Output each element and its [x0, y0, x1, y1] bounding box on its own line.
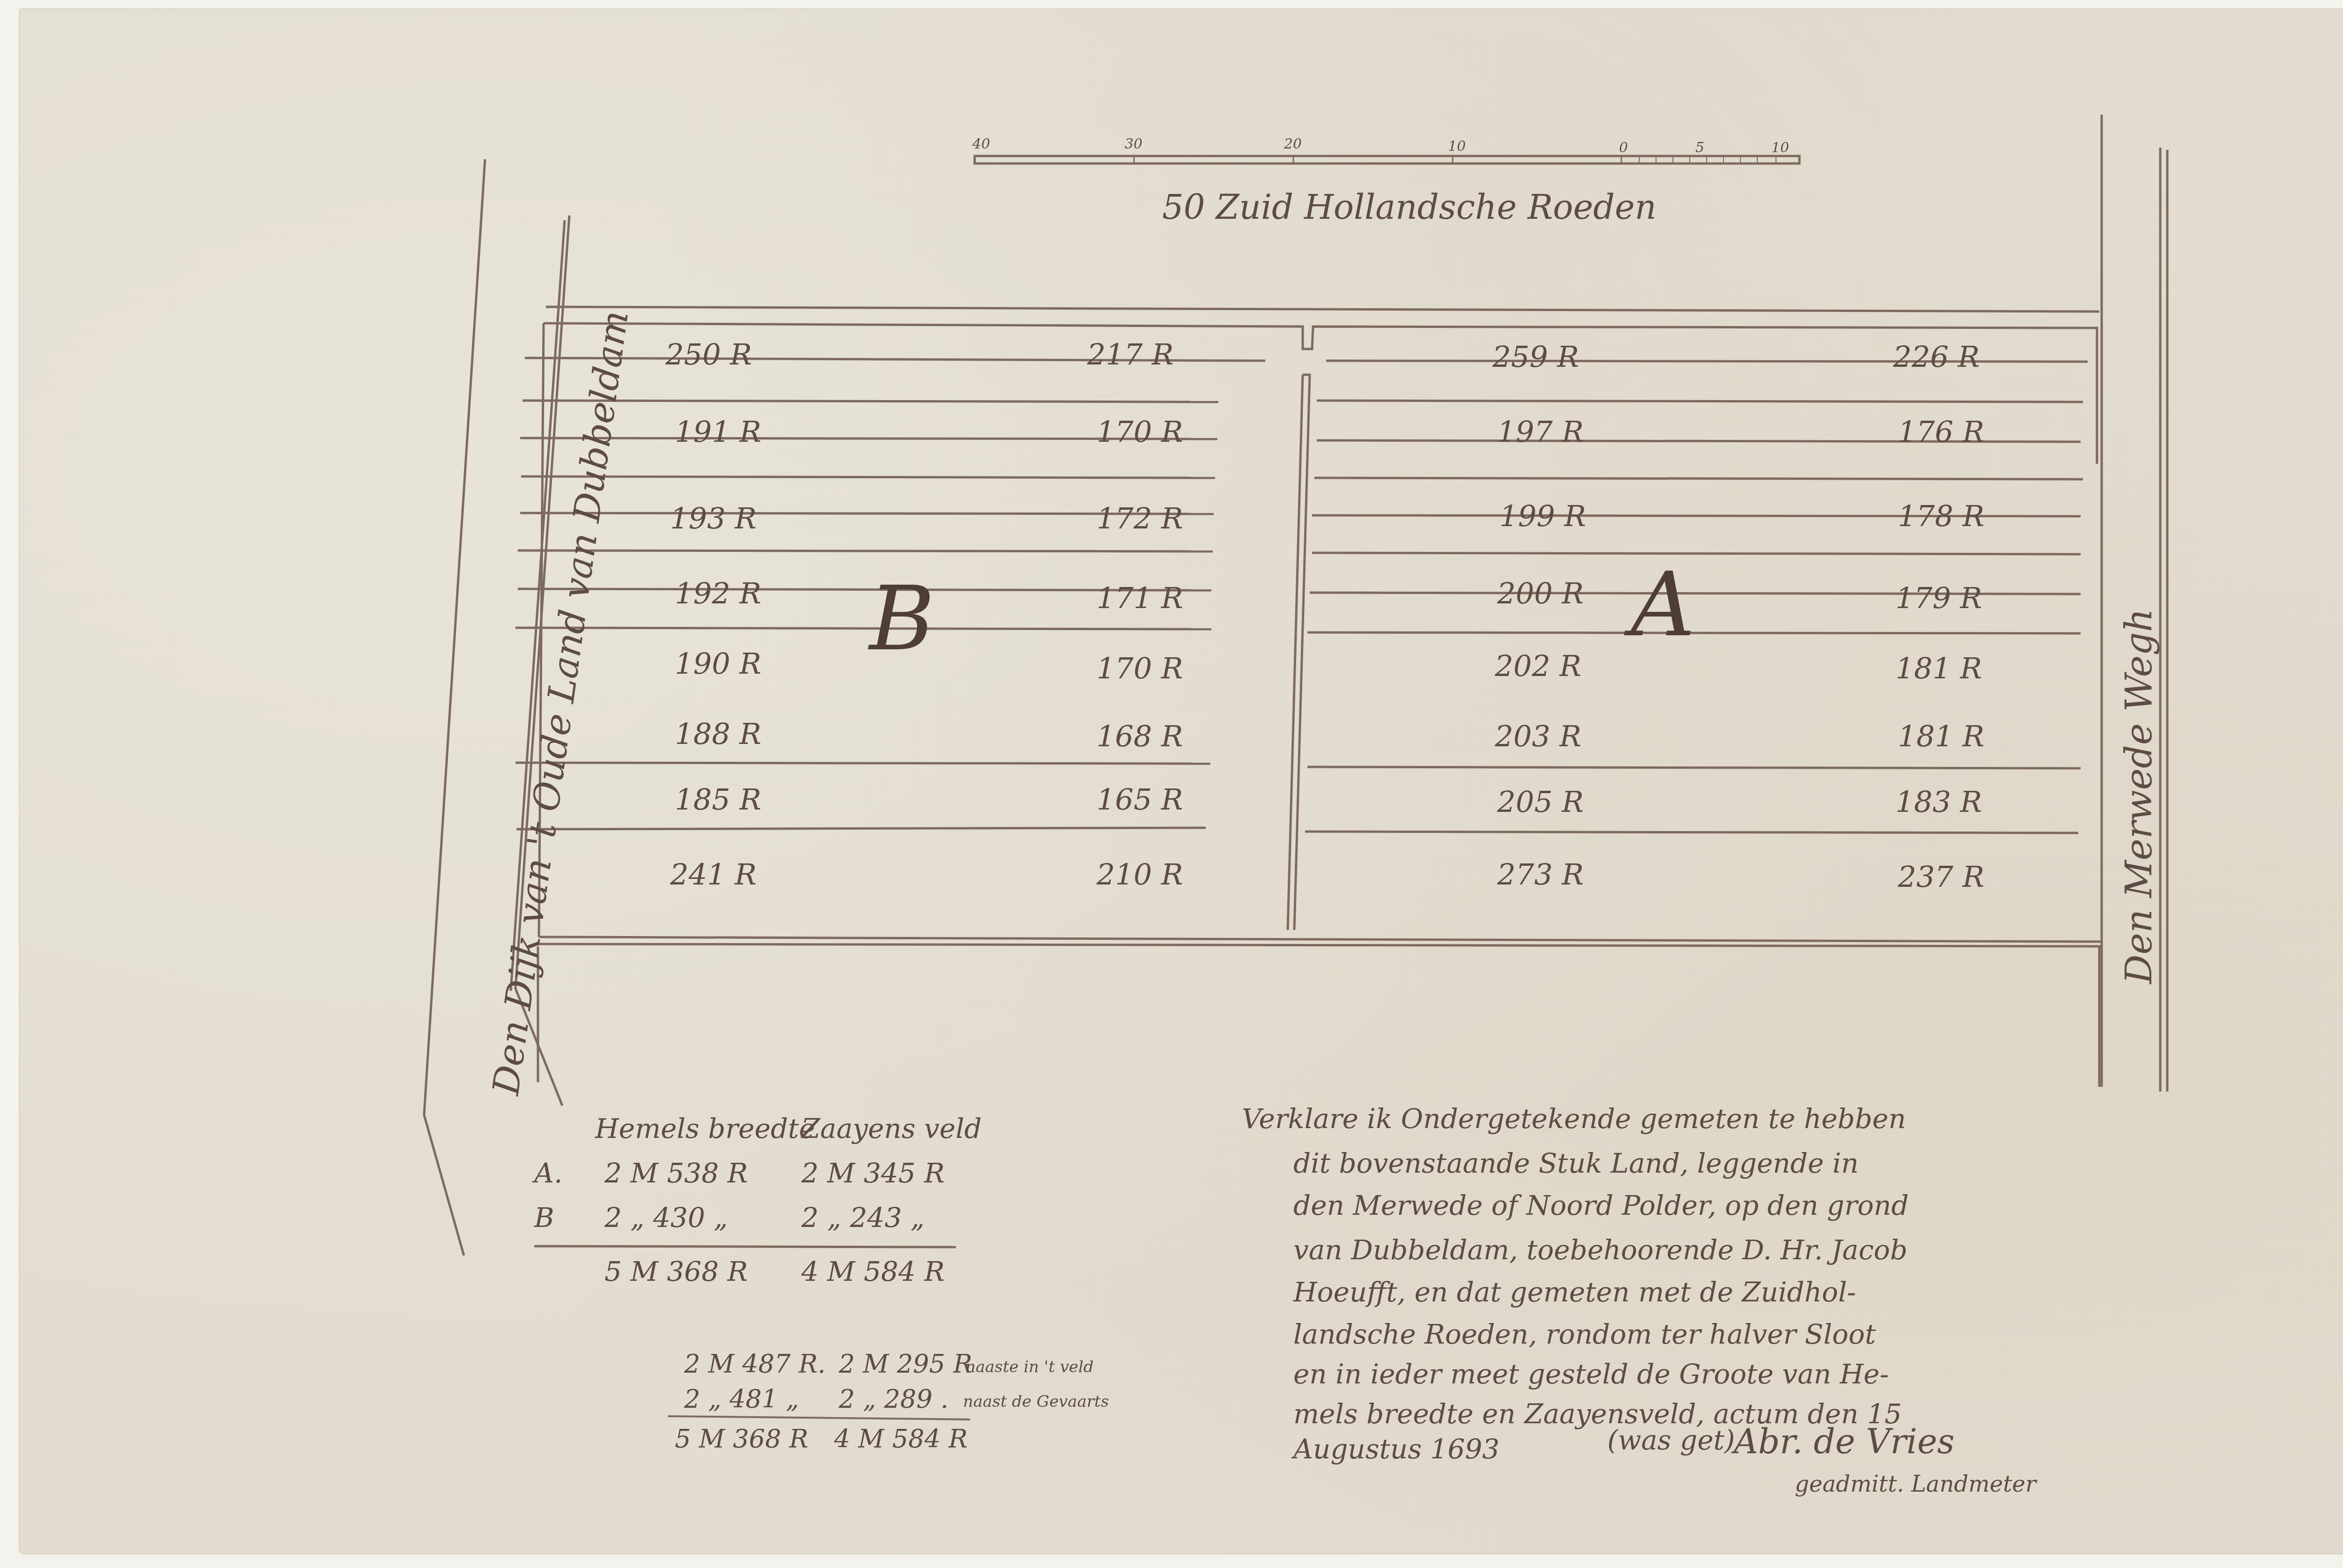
lot-length-right: 181 R — [1898, 719, 1985, 753]
signature-title: geadmitt. Landmeter — [1795, 1471, 2036, 1497]
lot-length-right: 176 R — [1898, 415, 1985, 449]
lot-length-left: 191 R — [675, 415, 761, 449]
scale-tick: 20 — [1284, 136, 1302, 152]
declaration-line: den Merwede of Noord Polder, op den gron… — [1293, 1185, 1909, 1226]
declaration-line: en in ieder meet gesteld de Groote van H… — [1293, 1354, 1889, 1394]
lot-length-right: 178 R — [1898, 499, 1985, 533]
right-road-label: Den Merwede Wegh — [2118, 609, 2160, 984]
scale-tick: 5 — [1695, 140, 1704, 156]
recalc-note: naaste in 't veld — [965, 1358, 1094, 1376]
summary-total-hemels: 5 M 368 R — [604, 1256, 748, 1287]
lot-length-left: 190 R — [675, 647, 761, 681]
scale-tick: 10 — [1448, 138, 1466, 155]
scale-tick: 10 — [1771, 140, 1789, 156]
lot-length-right: 181 R — [1895, 651, 1982, 685]
summary-header-zaayens: Zaayens veld — [801, 1113, 982, 1144]
lot-length-right: 168 R — [1097, 719, 1183, 753]
recalc-hemels: 2 „ 481 „ — [684, 1384, 799, 1414]
lot-length-right: 165 R — [1097, 782, 1183, 817]
middle-ditch — [1288, 375, 1310, 930]
recalc-zaayens: 2 M 295 R — [839, 1349, 972, 1379]
declaration-line: Hoeufft, en dat gemeten met de Zuidhol- — [1293, 1272, 1856, 1312]
lot-length-right: 237 R — [1898, 860, 1985, 894]
lot-length-left: 193 R — [670, 501, 757, 535]
declaration-line: dit bovenstaande Stuk Land, leggende in — [1293, 1143, 1858, 1183]
summary-header-hemels: Hemels breedte — [595, 1113, 815, 1144]
lot-length-left: 250 R — [665, 337, 752, 372]
lot-length-right: 210 R — [1097, 857, 1183, 892]
section-a-label: A — [1631, 553, 1695, 656]
declaration-line: van Dubbeldam, toebehoorende D. Hr. Jaco… — [1293, 1230, 1908, 1270]
scale-bar — [975, 156, 1799, 163]
lot-length-right: 170 R — [1097, 415, 1183, 449]
recalc-total-rule — [668, 1416, 970, 1419]
lot-length-left: 188 R — [675, 717, 761, 751]
scale-tick: 30 — [1125, 136, 1142, 152]
lot-length-right: 226 R — [1893, 340, 1980, 374]
lot-length-right: 183 R — [1895, 785, 1982, 819]
section-b-label: B — [869, 567, 935, 670]
signature: Abr. de Vries — [1734, 1422, 1955, 1461]
declaration-line: landsche Roeden, rondom ter halver Sloot — [1293, 1314, 1876, 1354]
lot-length-right: 170 R — [1097, 651, 1183, 685]
summary-hemels: 2 M 538 R — [604, 1157, 748, 1189]
declaration-line: Augustus 1693 — [1293, 1429, 1500, 1469]
recalc-total-hemels: 5 M 368 R — [675, 1424, 808, 1454]
lot-length-left: 202 R — [1495, 649, 1582, 683]
scale-tick: 40 — [972, 136, 990, 152]
lot-length-right: 217 R — [1087, 337, 1174, 372]
lot-length-left: 192 R — [675, 576, 761, 610]
summary-zaayens: 2 „ 243 „ — [801, 1202, 925, 1234]
summary-total-zaayens: 4 M 584 R — [801, 1256, 945, 1287]
scale-tick: 0 — [1619, 140, 1628, 156]
signature-prefix: (was get) — [1607, 1424, 1735, 1456]
summary-row-label: A. — [534, 1157, 562, 1189]
lot-length-right: 171 R — [1097, 581, 1183, 615]
lot-length-left: 197 R — [1497, 415, 1584, 449]
summary-zaayens: 2 M 345 R — [801, 1157, 945, 1189]
lot-length-left: 203 R — [1495, 719, 1582, 753]
lot-length-left: 185 R — [675, 782, 761, 817]
lot-length-left: 273 R — [1497, 857, 1584, 892]
summary-row-label: B — [534, 1202, 554, 1234]
recalc-note: naast de Gevaarts — [963, 1392, 1109, 1411]
scale-title: 50 Zuid Hollandsche Roeden — [1162, 187, 1657, 227]
lot-length-left: 205 R — [1497, 785, 1584, 819]
lot-length-left: 199 R — [1500, 499, 1586, 533]
lot-length-left: 200 R — [1497, 576, 1584, 610]
recalc-hemels: 2 M 487 R. — [684, 1349, 826, 1379]
declaration-line: Verklare ik Ondergetekende gemeten te he… — [1242, 1099, 1906, 1139]
summary-hemels: 2 „ 430 „ — [604, 1202, 728, 1234]
lot-length-left: 241 R — [670, 857, 757, 892]
lot-length-right: 179 R — [1895, 581, 1982, 615]
recalc-zaayens: 2 „ 289 . — [839, 1384, 948, 1414]
recalc-total-zaayens: 4 M 584 R — [834, 1424, 968, 1454]
lot-length-right: 172 R — [1097, 501, 1183, 535]
summary-total-rule — [534, 1246, 956, 1247]
lot-length-left: 259 R — [1492, 340, 1579, 374]
